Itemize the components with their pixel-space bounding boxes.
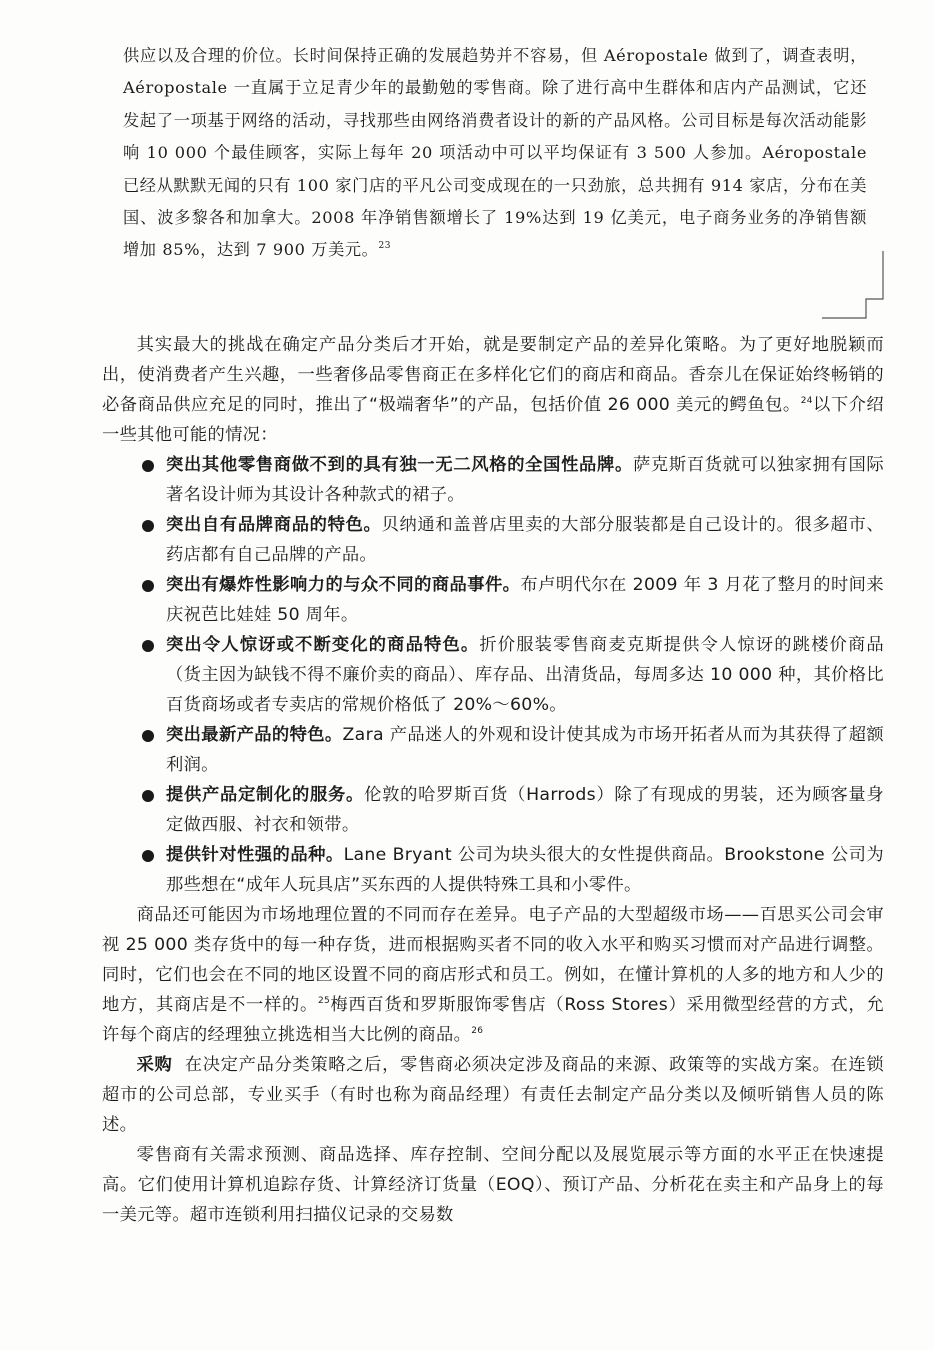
list-item: 突出其他零售商做不到的具有独一无二风格的全国性品牌。萨克斯百货就可以独家拥有国际… bbox=[102, 450, 884, 510]
list-item: 突出最新产品的特色。Zara 产品迷人的外观和设计使其成为市场开拓者从而为其获得… bbox=[102, 720, 884, 780]
bullet-heading: 突出其他零售商做不到的具有独一无二风格的全国性品牌。 bbox=[166, 455, 633, 475]
bullet-icon bbox=[142, 850, 154, 862]
bullet-heading: 突出自有品牌商品的特色。 bbox=[166, 515, 382, 535]
bullet-icon bbox=[142, 790, 154, 802]
case-box-paragraph: 供应以及合理的价位。长时间保持正确的发展趋势并不容易，但 Aéropostale… bbox=[123, 40, 867, 267]
bullet-icon bbox=[142, 460, 154, 472]
bullet-icon bbox=[142, 730, 154, 742]
list-item: 突出有爆炸性影响力的与众不同的商品事件。布卢明代尔在 2009 年 3 月花了整… bbox=[102, 570, 884, 630]
list-item: 突出令人惊讶或不断变化的商品特色。折价服装零售商麦克斯提供令人惊讶的跳楼价商品（… bbox=[102, 630, 884, 720]
case-box-text: 供应以及合理的价位。长时间保持正确的发展趋势并不容易，但 Aéropostale… bbox=[123, 40, 867, 267]
bullet-heading: 提供针对性强的品种。 bbox=[166, 845, 344, 865]
list-item: 提供产品定制化的服务。伦敦的哈罗斯百货（Harrods）除了有现成的男装，还为顾… bbox=[102, 780, 884, 840]
list-item: 突出自有品牌商品的特色。贝纳通和盖普店里卖的大部分服装都是自己设计的。很多超市、… bbox=[102, 510, 884, 570]
bullet-heading: 突出最新产品的特色。 bbox=[166, 725, 343, 745]
differentiation-list: 突出其他零售商做不到的具有独一无二风格的全国性品牌。萨克斯百货就可以独家拥有国际… bbox=[102, 450, 884, 900]
bullet-heading: 突出有爆炸性影响力的与众不同的商品事件。 bbox=[166, 575, 520, 595]
intro-paragraph: 其实最大的挑战在确定产品分类后才开始，就是要制定产品的差异化策略。为了更好地脱颖… bbox=[102, 330, 884, 450]
purchasing-paragraph: 采购 在决定产品分类策略之后，零售商必须决定涉及商品的来源、政策等的实战方案。在… bbox=[102, 1050, 884, 1140]
footnote-ref: 24 bbox=[801, 396, 813, 406]
bullet-heading: 突出令人惊讶或不断变化的商品特色。 bbox=[166, 635, 479, 655]
purchasing-text: 在决定产品分类策略之后，零售商必须决定涉及商品的来源、政策等的实战方案。在连锁超… bbox=[102, 1055, 884, 1135]
geo-paragraph: 商品还可能因为市场地理位置的不同而存在差异。电子产品的大型超级市场——百思买公司… bbox=[102, 900, 884, 1050]
bullet-icon bbox=[142, 520, 154, 532]
purchasing-heading: 采购 bbox=[137, 1055, 173, 1075]
bullet-heading: 提供产品定制化的服务。 bbox=[166, 785, 364, 805]
main-body: 其实最大的挑战在确定产品分类后才开始，就是要制定产品的差异化策略。为了更好地脱颖… bbox=[102, 330, 884, 1230]
list-item: 提供针对性强的品种。Lane Bryant 公司为块头很大的女性提供商品。Bro… bbox=[102, 840, 884, 900]
footnote-ref: 23 bbox=[378, 241, 391, 251]
book-page: 供应以及合理的价位。长时间保持正确的发展趋势并不容易，但 Aéropostale… bbox=[0, 0, 934, 1350]
bullet-icon bbox=[142, 640, 154, 652]
last-paragraph: 零售商有关需求预测、商品选择、库存控制、空间分配以及展览展示等方面的水平正在快速… bbox=[102, 1140, 884, 1230]
footnote-ref: 26 bbox=[471, 1026, 483, 1036]
footnote-ref: 25 bbox=[318, 996, 330, 1006]
case-box-body: 供应以及合理的价位。长时间保持正确的发展趋势并不容易，但 Aéropostale… bbox=[123, 46, 867, 259]
last-text: 零售商有关需求预测、商品选择、库存控制、空间分配以及展览展示等方面的水平正在快速… bbox=[102, 1145, 884, 1225]
intro-text: 其实最大的挑战在确定产品分类后才开始，就是要制定产品的差异化策略。为了更好地脱颖… bbox=[102, 335, 884, 415]
bullet-icon bbox=[142, 580, 154, 592]
